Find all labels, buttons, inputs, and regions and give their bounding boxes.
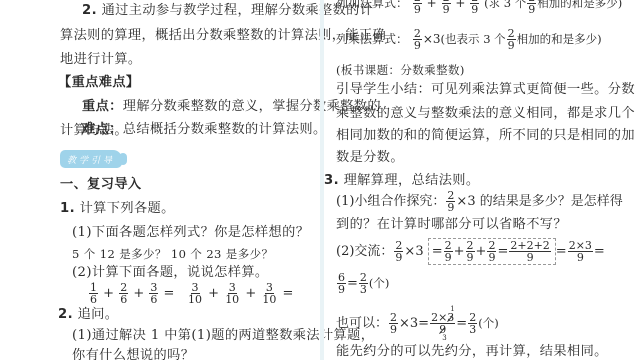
- goal-2-line3: 地进行计算。: [60, 52, 142, 68]
- teaching-guide-badge: 教学引导: [60, 150, 122, 168]
- item1-sub2: (2)计算下面各题，说说怎样算。: [72, 265, 269, 281]
- fraction: 29: [413, 0, 422, 15]
- cancelled-numerator: 31: [447, 312, 454, 323]
- fraction: 29: [470, 0, 479, 15]
- item1-sub1: (1)下面各题怎样列式？你是怎样想的？: [72, 225, 309, 241]
- fraction: 310: [261, 282, 277, 305]
- fraction: 29: [394, 240, 403, 263]
- fraction: 29: [487, 240, 496, 263]
- fraction: 69: [337, 272, 346, 295]
- fraction: 29: [413, 28, 422, 51]
- summary-line3: 相同加数的和的简便运算，所不同的只是相同的加: [336, 128, 635, 144]
- fraction: 29: [507, 28, 516, 51]
- fraction: 29: [389, 312, 398, 335]
- item3-sub1: (1)小组合作探究：29×3 的结果是多少？是怎样得: [336, 190, 623, 213]
- fraction: 2×39: [568, 240, 593, 263]
- fraction: 29: [446, 190, 455, 213]
- item1-sub1-example: 5 个 12 是多少？ 10 个 23 是多少？: [72, 246, 273, 262]
- summary-line2: 乘整数的意义与整数乘法的意义相同，都是求几个: [336, 106, 635, 122]
- item3-sub2-exchange: (2)交流：29×3 =29+29+29=2+2+29=2×39=: [336, 238, 605, 265]
- multiplication-formula: 列乘法算式： 29×3(也表示 3 个29相加的和是多少): [336, 28, 602, 51]
- fraction: 310: [224, 282, 240, 305]
- cancellation-fraction: 2×3193: [430, 312, 455, 335]
- fraction: 26: [119, 282, 128, 305]
- item2-sub1-line1: (1)通过解决 1 中第(1)题的两道整数乘法计算题，: [72, 328, 374, 344]
- fraction: 29: [444, 240, 453, 263]
- fraction: 29: [527, 0, 536, 15]
- item1-heading: 1. 计算下列各题。: [60, 201, 175, 217]
- expression-b: 310 + 310 + 310 =: [186, 282, 293, 305]
- expression-a: 16 + 26 + 36 =: [88, 282, 174, 305]
- item3-conclusion: 能先约分的可以先约分，再计算，结果相同。: [336, 344, 608, 360]
- goal-2-line1: 2. 通过主动参与教学过程，理解分数乘整数的计: [82, 3, 373, 19]
- fraction: 23: [468, 312, 477, 335]
- fraction: 2+2+29: [509, 240, 550, 263]
- cancelled-denominator: 93: [439, 324, 446, 335]
- summary-line4: 数是分数。: [336, 150, 404, 166]
- section1-heading: 一、复习导入: [60, 177, 142, 193]
- item3-result: 69=23(个): [336, 272, 389, 295]
- fraction: 16: [89, 282, 98, 305]
- summary-line1: 引导学生小结：可见列乘法算式更简便一些。分数: [336, 82, 635, 98]
- fraction: 23: [359, 272, 368, 295]
- fraction: 29: [466, 240, 475, 263]
- item3-heading: 3. 理解算理，总结法则。: [324, 173, 479, 189]
- addition-formula: 列加法算式： 29 + 29 + 29 (求 3 个29相加的和是多少): [336, 0, 622, 15]
- fraction: 310: [187, 282, 203, 305]
- fraction: 36: [149, 282, 158, 305]
- difficulty-block: 难点：总结概括分数乘整数的计算法则。: [82, 122, 327, 138]
- key-points-heading: 【重点难点】: [58, 75, 140, 91]
- board-title: (板书课题：分数乘整数): [336, 62, 465, 78]
- item3-alternative: 也可以：29×3=2×3193=23(个): [336, 312, 499, 335]
- item2-sub1-line2: 你有什么想说的吗？: [72, 348, 194, 360]
- item3-sub1-line2: 到的？在计算时哪部分可以省略不写？: [336, 217, 567, 233]
- item2-heading: 2. 追问。: [58, 307, 118, 323]
- fraction: 29: [442, 0, 451, 15]
- addition-expansion-box: =29+29+29=2+2+29: [428, 238, 556, 265]
